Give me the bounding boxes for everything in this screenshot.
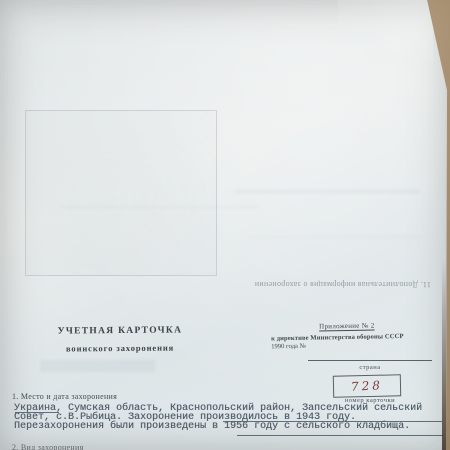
title-line1: УЧЕТНАЯ КАРТОЧКА xyxy=(52,325,188,336)
typed-location-line3: Перезахоронения были произведены в 1956 … xyxy=(14,422,410,431)
country-field-line xyxy=(308,360,432,361)
paper-smudge xyxy=(60,206,260,208)
paper-corner-fold xyxy=(338,0,433,62)
annex-line3: 1990 года № xyxy=(271,341,423,351)
reverse-side-upside-down-text: 11. Дополнительная информация о захороне… xyxy=(233,277,431,289)
paper-edge-shadow xyxy=(442,260,446,450)
document-title: УЧЕТНАЯ КАРТОЧКА воинского захоронения xyxy=(52,325,188,353)
card-number-handwritten-value: 728 xyxy=(351,378,384,394)
card-number-box: 728 xyxy=(333,374,401,397)
section1-heading: 1. Место и дата захоронения xyxy=(12,392,117,401)
title-line2: воинского захоронения xyxy=(52,342,188,353)
photo-show-through-rectangle xyxy=(25,110,217,276)
section2-heading-cut-off: 2. Вид захоронения xyxy=(12,443,84,450)
scanned-document-photo: 11. Дополнительная информация о захороне… xyxy=(0,0,450,450)
paper-smudge xyxy=(250,236,420,238)
underline-reburial-phrase xyxy=(237,435,443,436)
paper-sheet: 11. Дополнительная информация о захороне… xyxy=(0,0,450,450)
annex-reference-block: Приложение № 2 к директиве Министерства … xyxy=(271,321,423,351)
underline-country-word xyxy=(15,412,59,413)
paper-smudge xyxy=(235,190,420,193)
annex-line1: Приложение № 2 xyxy=(271,321,423,332)
country-label: страна xyxy=(308,364,432,371)
paper-smudge xyxy=(40,360,155,372)
underline-burial-year xyxy=(223,421,442,422)
